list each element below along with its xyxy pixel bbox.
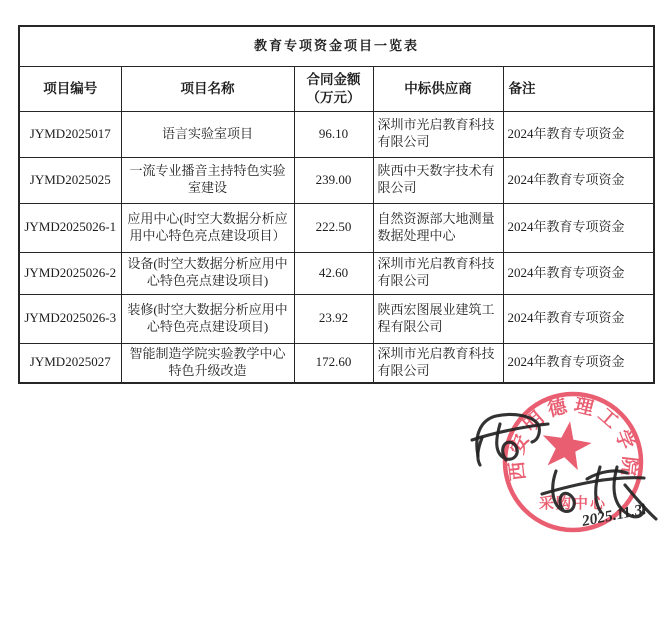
svg-text:西安明德理工学院: 西安明德理工学院 bbox=[505, 393, 642, 482]
cell-amount: 222.50 bbox=[294, 203, 373, 252]
col-header-project-name: 项目名称 bbox=[121, 66, 294, 111]
col-header-supplier: 中标供应商 bbox=[373, 66, 503, 111]
cell-project-id: JYMD2025026-3 bbox=[19, 294, 121, 343]
cell-amount: 172.60 bbox=[294, 343, 373, 383]
cell-project-name: 应用中心(时空大数据分析应用中心特色亮点建设项目） bbox=[121, 203, 294, 252]
seal-dept-text: 采购中心 bbox=[539, 494, 607, 512]
handwritten-date: 2025.11.3. bbox=[580, 501, 648, 530]
col-header-note: 备注 bbox=[503, 66, 654, 111]
seal-and-signature-overlay: 西安明德理工学院 采购中心 2025.11.3. bbox=[420, 368, 665, 560]
cell-supplier: 深圳市光启教育科技有限公司 bbox=[373, 111, 503, 157]
cell-note: 2024年教育专项资金 bbox=[503, 294, 654, 343]
cell-project-id: JYMD2025026-2 bbox=[19, 252, 121, 294]
cell-amount: 239.00 bbox=[294, 157, 373, 203]
cell-project-name: 装修(时空大数据分析应用中心特色亮点建设项目) bbox=[121, 294, 294, 343]
cell-project-name: 语言实验室项目 bbox=[121, 111, 294, 157]
scanned-document-page: 教育专项资金项目一览表 项目编号 项目名称 合同金额 （万元） 中标供应商 备注… bbox=[0, 0, 665, 641]
cell-amount: 42.60 bbox=[294, 252, 373, 294]
cell-note: 2024年教育专项资金 bbox=[503, 157, 654, 203]
page-title: 教育专项资金项目一览表 bbox=[19, 26, 654, 66]
header-row: 项目编号 项目名称 合同金额 （万元） 中标供应商 备注 bbox=[19, 66, 654, 111]
cell-project-id: JYMD2025027 bbox=[19, 343, 121, 383]
cell-amount: 96.10 bbox=[294, 111, 373, 157]
cell-note: 2024年教育专项资金 bbox=[503, 343, 654, 383]
seal-ring bbox=[505, 394, 641, 530]
handwritten-signature-scribble bbox=[542, 467, 656, 519]
col-header-amount-line1: 合同金额 bbox=[299, 71, 369, 88]
table-row: JYMD2025027 智能制造学院实验教学中心特色升级改造 172.60 深圳… bbox=[19, 343, 654, 383]
seal-star-icon bbox=[538, 417, 594, 471]
cell-note: 2024年教育专项资金 bbox=[503, 111, 654, 157]
seal-org-text: 西安明德理工学院 bbox=[505, 393, 642, 482]
cell-project-id: JYMD2025026-1 bbox=[19, 203, 121, 252]
table-row: JYMD2025025 一流专业播音主持特色实验室建设 239.00 陕西中天数… bbox=[19, 157, 654, 203]
cell-supplier: 陕西宏图展业建筑工程有限公司 bbox=[373, 294, 503, 343]
cell-project-name: 设备(时空大数据分析应用中心特色亮点建设项目) bbox=[121, 252, 294, 294]
cell-amount: 23.92 bbox=[294, 294, 373, 343]
title-row: 教育专项资金项目一览表 bbox=[19, 26, 654, 66]
cell-project-name: 智能制造学院实验教学中心特色升级改造 bbox=[121, 343, 294, 383]
col-header-project-id: 项目编号 bbox=[19, 66, 121, 111]
table-row: JYMD2025026-1 应用中心(时空大数据分析应用中心特色亮点建设项目） … bbox=[19, 203, 654, 252]
cell-supplier: 陕西中天数字技术有限公司 bbox=[373, 157, 503, 203]
cell-supplier: 深圳市光启教育科技有限公司 bbox=[373, 343, 503, 383]
cell-note: 2024年教育专项资金 bbox=[503, 203, 654, 252]
projects-table: 教育专项资金项目一览表 项目编号 项目名称 合同金额 （万元） 中标供应商 备注… bbox=[18, 25, 655, 384]
table-row: JYMD2025026-3 装修(时空大数据分析应用中心特色亮点建设项目) 23… bbox=[19, 294, 654, 343]
cell-project-id: JYMD2025025 bbox=[19, 157, 121, 203]
table-row: JYMD2025017 语言实验室项目 96.10 深圳市光启教育科技有限公司 … bbox=[19, 111, 654, 157]
table-row: JYMD2025026-2 设备(时空大数据分析应用中心特色亮点建设项目) 42… bbox=[19, 252, 654, 294]
official-seal: 西安明德理工学院 采购中心 bbox=[505, 393, 642, 530]
cell-project-id: JYMD2025017 bbox=[19, 111, 121, 157]
cell-project-name: 一流专业播音主持特色实验室建设 bbox=[121, 157, 294, 203]
col-header-amount-line2: （万元） bbox=[299, 89, 369, 106]
cell-supplier: 深圳市光启教育科技有限公司 bbox=[373, 252, 503, 294]
cell-supplier: 自然资源部大地测量数据处理中心 bbox=[373, 203, 503, 252]
col-header-amount: 合同金额 （万元） bbox=[294, 66, 373, 111]
cell-note: 2024年教育专项资金 bbox=[503, 252, 654, 294]
handwritten-approval-scribble bbox=[472, 414, 548, 465]
